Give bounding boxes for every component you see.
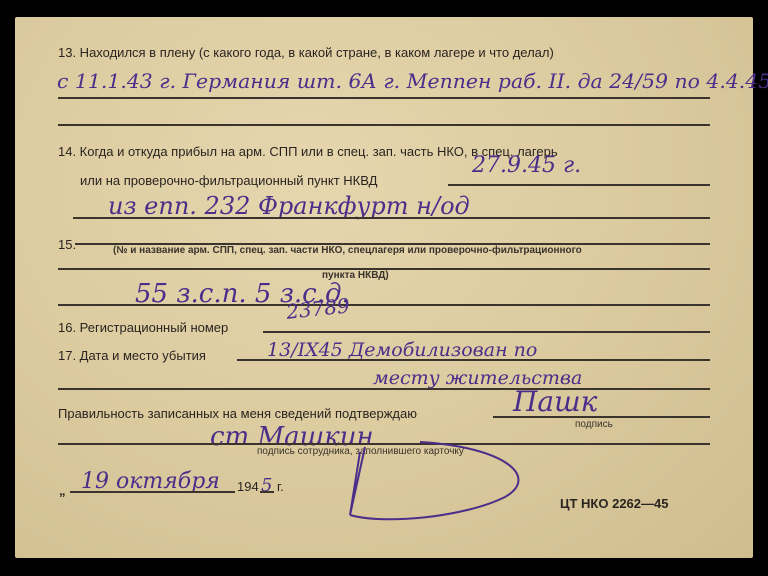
date-year-prefix: 194 — [237, 479, 259, 494]
date-line — [70, 491, 235, 493]
q14-date-line — [448, 184, 710, 186]
q17-label: 17. Дата и место убытия — [58, 348, 206, 363]
q14-answer-place: из епп. 232 Франкфурт н/од — [108, 192, 470, 220]
date-open-quote: „ — [59, 483, 66, 498]
q13-answer: с 11.1.43 г. Германия шт. 6А г. Меппен р… — [57, 69, 768, 93]
date-year-suffix: 5 — [261, 475, 272, 496]
q17-line2 — [58, 388, 710, 390]
q15-line3 — [58, 304, 710, 306]
registration-card: 13. Находился в плену (с какого года, в … — [15, 17, 753, 558]
q16-line — [263, 331, 710, 333]
q14-answer-date: 27.9.45 г. — [472, 153, 581, 178]
signature-flourish — [305, 437, 545, 537]
q13-label: 13. Находился в плену (с какого года, в … — [58, 45, 554, 60]
form-code: ЦТ НКО 2262—45 — [560, 496, 668, 511]
date-year-line — [260, 491, 274, 493]
q17-answer-line1: 13/IX45 Демобилизован по — [267, 339, 537, 361]
q16-label: 16. Регистрационный номер — [58, 320, 228, 335]
q15-number: 15. — [58, 237, 76, 252]
q13-extra-line — [58, 124, 710, 126]
confirmation-signature-caption: подпись — [575, 419, 613, 430]
q13-answer-line — [58, 97, 710, 99]
q15-hint-line1: (№ и название арм. СПП, спец. зап. части… — [113, 245, 582, 256]
date-year-unit: г. — [277, 479, 284, 494]
confirmation-signature: Пашк — [513, 385, 597, 418]
q17-line1 — [237, 359, 710, 361]
q14-place-line — [73, 217, 710, 219]
q14-label-line2: или на проверочно-фильтрационный пункт Н… — [80, 173, 377, 188]
q16-answer: 23789 — [285, 293, 351, 324]
confirmation-label: Правильность записанных на меня сведений… — [58, 406, 417, 421]
